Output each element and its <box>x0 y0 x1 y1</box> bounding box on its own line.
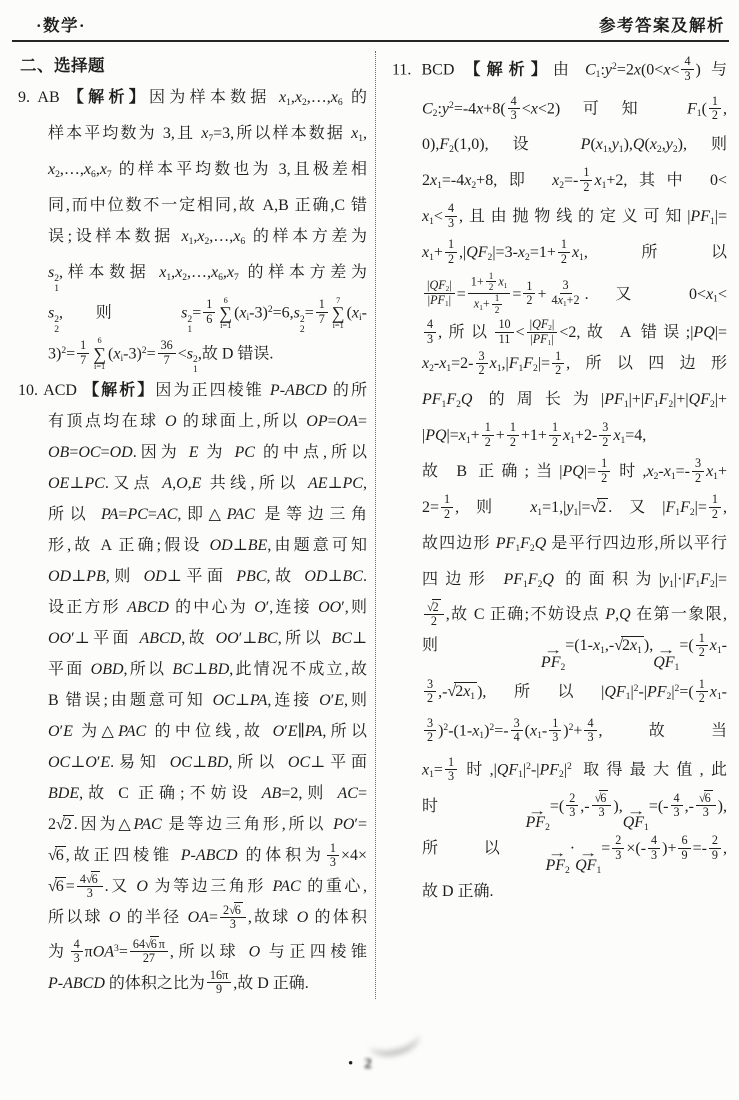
text-line: 所以→PF2·→QF1=23×(-43)+69=-29, <box>392 833 727 876</box>
document-page: ·数学· 参考答案及解析 二、选择题9. AB 【解析】因为样本数据 x1,x2… <box>0 0 739 1100</box>
text-line: P-ABCD 的体积之比为16π9,故 D 正确. <box>18 968 367 999</box>
text-line: 为43πOA3=64√6π27,所以球 O 与正四棱锥 <box>18 933 367 967</box>
text-line: |QF2||PF1|=1+12x1x1+12=12+34x1+2.又 0<x1< <box>392 273 727 317</box>
text-line: 2√2.因为△PAC 是等边三角形,所以 PO′= <box>18 809 367 840</box>
text-line: 误;设样本数据 x1,x2,…,x6 的样本方差为 <box>18 221 367 257</box>
text-line: √22,故 C 正确;不妨设点 P,Q 在第一象限, <box>392 599 727 630</box>
text-line: O′E 为△PAC 的中位线,故 O′E∥PA,所以 <box>18 716 367 747</box>
text-line: 32,-√2x1),所以|QF1|2-|PF2|2=(12x1- <box>392 673 727 712</box>
text-line: x2-x1=2-32x1,|F1F2|=12,所以四边形 <box>392 348 727 384</box>
text-line: 有顶点均在球 O 的球面上,所以 OP=OA= <box>18 406 367 437</box>
text-line: 所以球 O 的半径 OA=2√63,故球 O 的体积 <box>18 902 367 933</box>
text-line: 样本平均数为 3,且 x7=3,所以样本数据 x1, <box>18 118 367 154</box>
page-number: • 2 <box>348 1056 372 1073</box>
text-line: s21,样本数据 x1,x2,…,x6,x7 的样本方差为 <box>18 257 367 294</box>
text-line: OO′⊥平面 ABCD,故 OO′⊥BC,所以 BC⊥ <box>18 623 367 654</box>
page-header: ·数学· 参考答案及解析 <box>12 10 729 42</box>
text-line: 2x1=-4x2+8,即 x2=-12x1+2,其中 0< <box>392 165 727 201</box>
text-line: 0),F2(1,0),设 P(x1,y1),Q(x2,y2),则 <box>392 129 727 165</box>
right-column: 11. BCD 【解析】由 C1:y2=2x(0<x<43) 与C2:y2=-4… <box>375 51 729 999</box>
text-line: 时→PF2=(23,-√63),→QF1=(-43,-√63), <box>392 791 727 834</box>
text-line: 形,故 A 正确;假设 OD⊥BE,由题意可知 <box>18 530 367 561</box>
text-line: 2=12,则 x1=1,|y1|=√2.又|F1F2|=12, <box>392 492 727 528</box>
text-line: 11. BCD 【解析】由 C1:y2=2x(0<x<43) 与 <box>392 51 727 90</box>
text-line: OB=OC=OD.因为 E 为 PC 的中点,所以 <box>18 437 367 468</box>
text-line: OC⊥O′E.易知 OC⊥BD,所以 OC⊥平面 <box>18 747 367 778</box>
text-line: |PQ|=x1+12+12+1+12x1+2-32x1=4, <box>392 420 727 456</box>
text-line: C2:y2=-4x+8(43<x<2)可知 F1(12, <box>392 90 727 129</box>
text-line: √6,故正四棱锥 P-ABCD 的体积为13×4× <box>18 840 367 871</box>
text-line: 3)2=176∑i=1(xi-3)2=367<s21,故 D 错误. <box>18 335 367 376</box>
text-line: OD⊥PB,则 OD⊥平面 PBC,故 OD⊥BC. <box>18 561 367 592</box>
text-line: √6=4√63.又 O 为等边三角形 PAC 的重心, <box>18 871 367 902</box>
text-line: 四边形 PF1F2Q 的面积为|y1|·|F1F2|= <box>392 564 727 600</box>
text-line: 平面 OBD,所以 BC⊥BD,此情况不成立,故 <box>18 654 367 685</box>
page-number-value: 2 <box>364 1056 372 1073</box>
text-line: 43,所以1011<|QF2||PF1|<2,故 A 错误;|PQ|= <box>392 317 727 348</box>
text-line: 32)2-(1-x1)2=-34(x1-13)2+43,故当 <box>392 712 727 751</box>
text-line: 故 B 正确;当|PQ|=12时,x2-x1=-32x1+ <box>392 456 727 492</box>
text-line: x2,…,x6,x7 的样本平均数也为 3,且极差相 <box>18 154 367 190</box>
text-line: OE⊥PC.又点 A,O,E 共线,所以 AE⊥PC, <box>18 468 367 499</box>
text-line: x1+12,|QF2|=3-x2=1+12x1,所以 <box>392 237 727 273</box>
left-column: 二、选择题9. AB 【解析】因为样本数据 x1,x2,…,x6 的样本平均数为… <box>12 51 375 999</box>
text-line: 10. ACD 【解析】因为正四棱锥 P-ABCD 的所 <box>18 375 367 406</box>
text-line: 同,而中位数不一定相同,故 A,B 正确,C 错 <box>18 190 367 221</box>
text-line: 故 D 正确. <box>392 876 727 907</box>
text-line: BDE,故 C 正确;不妨设 AB=2,则 AC= <box>18 778 367 809</box>
text-line: 所以 PA=PC=AC,即△PAC 是等边三角 <box>18 499 367 530</box>
text-line: s22,则 s21=166∑i=1(xi-3)2=6,s22=177∑i=1(x… <box>18 294 367 335</box>
two-column-layout: 二、选择题9. AB 【解析】因为样本数据 x1,x2,…,x6 的样本平均数为… <box>12 42 729 999</box>
text-line: 9. AB 【解析】因为样本数据 x1,x2,…,x6 的 <box>18 82 367 118</box>
text-line: x1<43,且由抛物线的定义可知|PF1|= <box>392 201 727 237</box>
text-line: PF1F2Q 的周长为|PF1|+|F1F2|+|QF2|+ <box>392 384 727 420</box>
section-title: 二、选择题 <box>18 51 367 82</box>
text-line: x1=13时,|QF1|2-|PF2|2 取得最大值,此 <box>392 751 727 790</box>
text-line: B 错误;由题意可知 OC⊥PA,连接 O′E,则 <box>18 685 367 716</box>
text-line: 则→PF2=(1-x1,-√2x1),→QF1=(12x1- <box>392 630 727 673</box>
scan-artifact <box>365 1018 423 1061</box>
header-title: 参考答案及解析 <box>599 12 725 36</box>
page-number-dot: • <box>348 1056 353 1073</box>
header-subject-label: ·数学· <box>36 12 86 36</box>
text-line: 设正方形 ABCD 的中心为 O′,连接 OO′,则 <box>18 592 367 623</box>
text-line: 故四边形 PF1F2Q 是平行四边形,所以平行 <box>392 528 727 564</box>
